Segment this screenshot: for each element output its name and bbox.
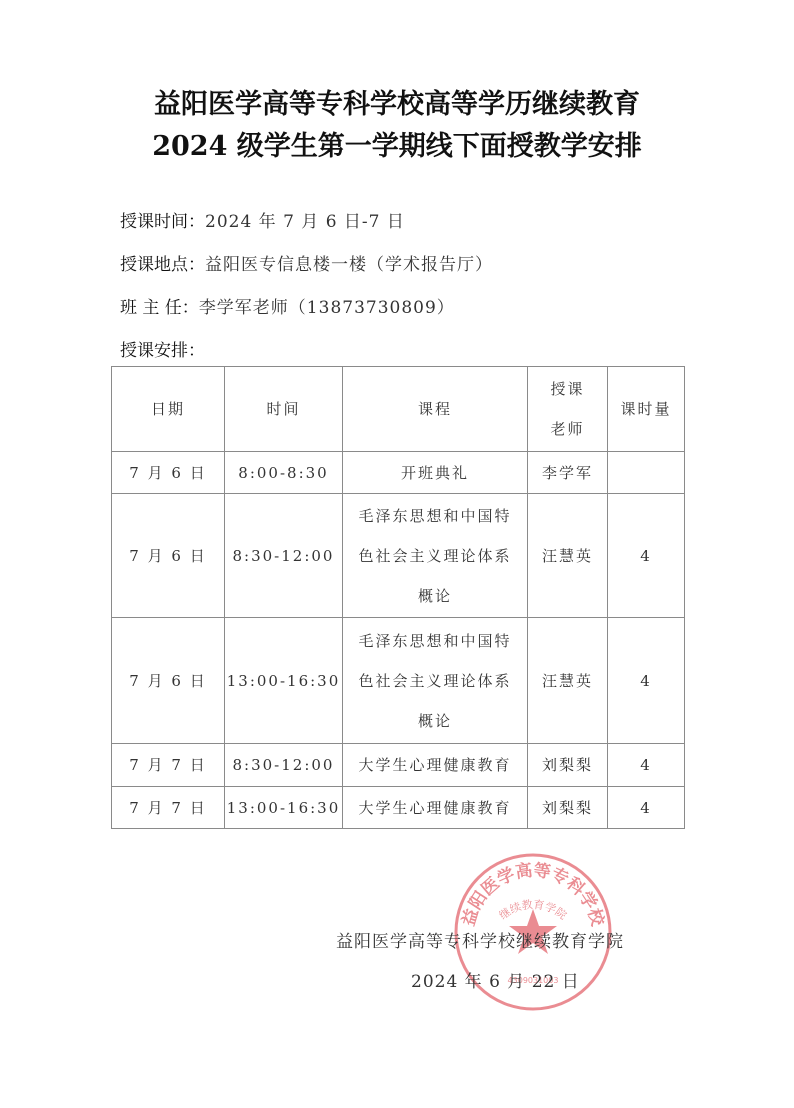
table-row: 7 月 6 日 8:30-12:00 毛泽东思想和中国特 色社会主义理论体系 概… (112, 494, 685, 618)
info-schedule-label: 授课安排： (120, 336, 205, 361)
cell-hours (608, 452, 685, 494)
cell-time: 13:00-16:30 (225, 787, 343, 829)
course-line: 色社会主义理论体系 (343, 661, 527, 701)
cell-date: 7 月 6 日 (112, 452, 225, 494)
cell-teacher: 汪慧英 (528, 618, 608, 744)
header-course: 课程 (343, 367, 528, 452)
info-class-time: 授课时间：2024 年 7 月 6 日-7 日 (120, 207, 405, 232)
cell-date: 7 月 6 日 (112, 494, 225, 618)
header-time: 时间 (225, 367, 343, 452)
table-row: 7 月 6 日 8:00-8:30 开班典礼 李学军 (112, 452, 685, 494)
document-title-line1: 益阳医学高等专科学校高等学历继续教育 (0, 82, 794, 121)
header-date: 日期 (112, 367, 225, 452)
table-row: 7 月 7 日 13:00-16:30 大学生心理健康教育 刘梨梨 4 (112, 787, 685, 829)
course-line: 色社会主义理论体系 (343, 536, 527, 576)
cell-course: 毛泽东思想和中国特 色社会主义理论体系 概论 (343, 494, 528, 618)
cell-teacher: 刘梨梨 (528, 744, 608, 787)
course-line: 毛泽东思想和中国特 (343, 621, 527, 661)
info-class-location: 授课地点：益阳医专信息楼一楼（学术报告厅） (120, 250, 493, 275)
course-line: 毛泽东思想和中国特 (343, 496, 527, 536)
course-line: 概论 (343, 701, 527, 741)
cell-hours: 4 (608, 744, 685, 787)
cell-time: 8:30-12:00 (225, 744, 343, 787)
cell-course: 毛泽东思想和中国特 色社会主义理论体系 概论 (343, 618, 528, 744)
info-value: 李学军老师（13873730809） (199, 298, 455, 318)
cell-date: 7 月 6 日 (112, 618, 225, 744)
cell-time: 8:30-12:00 (225, 494, 343, 618)
cell-teacher: 汪慧英 (528, 494, 608, 618)
cell-hours: 4 (608, 787, 685, 829)
cell-teacher: 刘梨梨 (528, 787, 608, 829)
info-label: 授课时间： (120, 212, 205, 232)
table-row: 7 月 7 日 8:30-12:00 大学生心理健康教育 刘梨梨 4 (112, 744, 685, 787)
cell-date: 7 月 7 日 (112, 744, 225, 787)
cell-course: 大学生心理健康教育 (343, 744, 528, 787)
document-title-line2: 2024 级学生第一学期线下面授教学安排 (0, 124, 794, 163)
header-hours: 课时量 (608, 367, 685, 452)
cell-date: 7 月 7 日 (112, 787, 225, 829)
cell-hours: 4 (608, 494, 685, 618)
cell-course: 开班典礼 (343, 452, 528, 494)
cell-teacher: 李学军 (528, 452, 608, 494)
header-teacher-line1: 授课 (528, 369, 607, 409)
info-head-teacher: 班 主 任：李学军老师（13873730809） (120, 293, 455, 318)
signature-date: 2024 年 6 月 22 日 (411, 967, 580, 992)
course-line: 概论 (343, 576, 527, 616)
header-teacher-line2: 老师 (528, 409, 607, 449)
info-label: 班 主 任： (120, 298, 199, 318)
cell-time: 13:00-16:30 (225, 618, 343, 744)
info-value: 益阳医专信息楼一楼（学术报告厅） (205, 255, 493, 275)
table-header-row: 日期 时间 课程 授课 老师 课时量 (112, 367, 685, 452)
cell-course: 大学生心理健康教育 (343, 787, 528, 829)
info-label: 授课安排： (120, 341, 205, 361)
cell-time: 8:00-8:30 (225, 452, 343, 494)
schedule-table: 日期 时间 课程 授课 老师 课时量 7 月 6 日 8:00-8:30 开班典… (111, 366, 685, 829)
table-row: 7 月 6 日 13:00-16:30 毛泽东思想和中国特 色社会主义理论体系 … (112, 618, 685, 744)
header-teacher: 授课 老师 (528, 367, 608, 452)
info-label: 授课地点： (120, 255, 205, 275)
signature-organization: 益阳医学高等专科学校继续教育学院 (336, 927, 624, 952)
cell-hours: 4 (608, 618, 685, 744)
info-value: 2024 年 7 月 6 日-7 日 (205, 212, 405, 232)
